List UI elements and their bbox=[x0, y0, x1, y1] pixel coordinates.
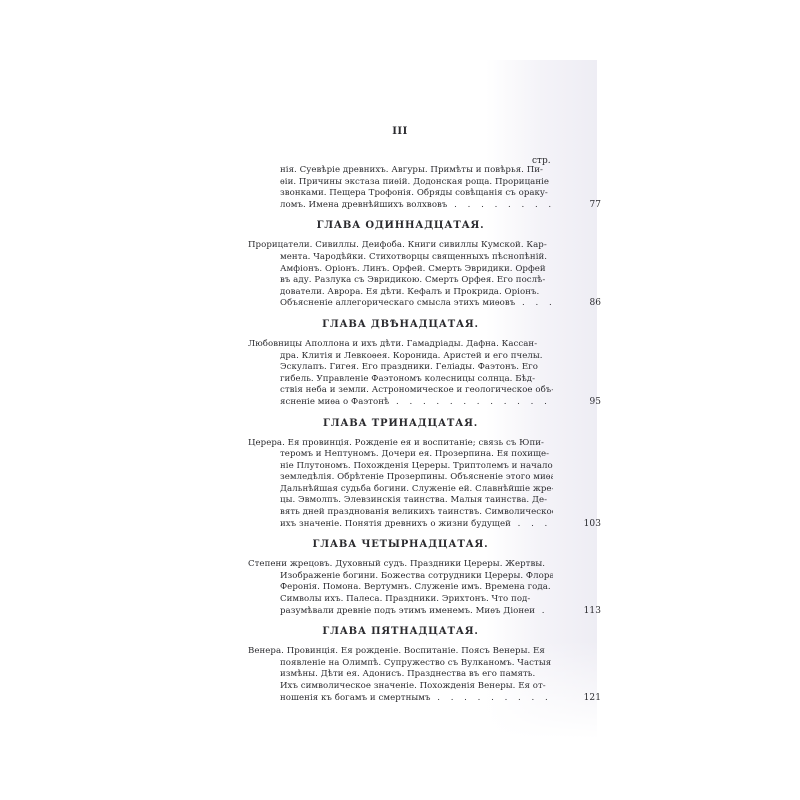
toc-entry: Степени жрецовъ. Духовный судъ. Праздник… bbox=[248, 559, 553, 617]
toc-entry-line: Изображеніе богини. Божества сотрудники … bbox=[280, 571, 553, 583]
leader-dots: . . . . . . . . . . . . bbox=[431, 693, 553, 703]
toc-entry-line: ніе Плутономъ. Похожденія Цереры. Трипто… bbox=[280, 461, 553, 473]
toc-entry-line: теромъ и Нептуномъ. Дочери ея. Прозерпин… bbox=[280, 449, 553, 461]
leader-dots: . . bbox=[535, 606, 553, 616]
toc-entry-line: дра. Клитія и Левкоѳея. Коронида. Аристе… bbox=[280, 351, 553, 363]
leader-dots: . . . . . . . . . . . . . . bbox=[389, 397, 553, 407]
toc-entry-line: въ аду. Разлука съ Эвридикою. Смерть Орф… bbox=[280, 275, 553, 287]
toc-entry-line: Символы ихъ. Палеса. Праздники. Эрихтонъ… bbox=[280, 594, 553, 606]
leader-dots: . . . bbox=[515, 298, 553, 308]
toc-entry-line: Любовницы Аполлона и ихъ дѣти. Гамадріад… bbox=[248, 339, 553, 351]
page-number: 113 bbox=[561, 606, 601, 618]
chapter-heading: ГЛАВА ОДИННАДЦАТАЯ. bbox=[248, 220, 553, 231]
toc-entry-line: ясненіе миѳа о Фаэтонѣ . . . . . . . . .… bbox=[280, 397, 553, 409]
toc-entry-line: появленіе на Олимпѣ. Супружество съ Вулк… bbox=[280, 658, 553, 670]
toc-entry-line: измѣны. Дѣти ея. Адонисъ. Празднества въ… bbox=[280, 669, 553, 681]
toc-entry-line: Феронія. Помона. Вертумнъ. Служеніе имъ.… bbox=[280, 582, 553, 594]
toc-entry-line: Объясненіе аллегорическаго смысла этихъ … bbox=[280, 298, 553, 310]
toc-entry-line: дователи. Аврора. Ея дѣти. Кефалъ и Прок… bbox=[280, 287, 553, 299]
toc-entry: Венера. Провинція. Ея рожденіе. Воспитан… bbox=[248, 646, 553, 704]
leader-dots: . . . . . . . . . bbox=[447, 200, 553, 210]
toc-entry-line: Прорицатели. Сивиллы. Деифоба. Книги сив… bbox=[248, 240, 553, 252]
toc-entry-line: гибель. Управленіе Фаэтономъ колесницы с… bbox=[280, 374, 553, 386]
page-number: 121 bbox=[561, 693, 601, 705]
chapter-heading: ГЛАВА ЧЕТЫРНАДЦАТАЯ. bbox=[248, 539, 553, 550]
toc-entry-line: Ихъ символическое значеніе. Похожденія В… bbox=[280, 681, 553, 693]
toc-entry-line: ихъ значеніе. Понятія древнихъ о жизни б… bbox=[280, 519, 553, 531]
page-number: 86 bbox=[561, 298, 601, 310]
toc-entry-line: Дальнѣйшая судьба богини. Служеніе ей. С… bbox=[280, 484, 553, 496]
chapter-heading: ГЛАВА ДВѢНАДЦАТАЯ. bbox=[248, 319, 553, 330]
toc-entry-line: мента. Чародѣйки. Стихотворцы священныхъ… bbox=[280, 252, 553, 264]
table-of-contents: нія. Суевѣріе древнихъ. Авгуры. Примѣты … bbox=[248, 165, 553, 704]
page-roman-numeral: III bbox=[380, 126, 420, 137]
toc-entry: нія. Суевѣріе древнихъ. Авгуры. Примѣты … bbox=[248, 165, 553, 211]
page-number: 103 bbox=[561, 519, 601, 531]
toc-entry-line: ствія неба и земли. Астрономическое и ге… bbox=[280, 385, 553, 397]
toc-entry-line: нія. Суевѣріе древнихъ. Авгуры. Примѣты … bbox=[280, 165, 553, 177]
toc-entry-line: Венера. Провинція. Ея рожденіе. Воспитан… bbox=[248, 646, 553, 658]
toc-entry-line: цы. Эвмолпъ. Элевзинскія таинства. Малыя… bbox=[280, 495, 553, 507]
page-number: 95 bbox=[561, 397, 601, 409]
toc-entry: Церера. Ея провинція. Рожденіе ея и восп… bbox=[248, 438, 553, 531]
chapter-heading: ГЛАВА ТРИНАДЦАТАЯ. bbox=[248, 418, 553, 429]
toc-entry-line: земледѣлія. Обрѣтеніе Прозерпины. Объясн… bbox=[280, 472, 553, 484]
chapter-heading: ГЛАВА ПЯТНАДЦАТАЯ. bbox=[248, 626, 553, 637]
toc-entry-line: Амфіонъ. Оріонъ. Линъ. Орфей. Смерть Эвр… bbox=[280, 264, 553, 276]
toc-entry-line: разумѣвали древніе подъ этимъ именемъ. М… bbox=[280, 606, 553, 618]
toc-entry-line: Церера. Ея провинція. Рожденіе ея и восп… bbox=[248, 438, 553, 450]
toc-entry-line: звонками. Пещера Трофонія. Обряды совѣща… bbox=[280, 188, 553, 200]
toc-entry-line: Эскулапъ. Гигея. Его праздники. Геліады.… bbox=[280, 362, 553, 374]
toc-entry: Прорицатели. Сивиллы. Деифоба. Книги сив… bbox=[248, 240, 553, 310]
toc-entry-line: вять дней празднованія великихъ таинствъ… bbox=[280, 507, 553, 519]
toc-entry-line: Степени жрецовъ. Духовный судъ. Праздник… bbox=[248, 559, 553, 571]
toc-entry-line: ѳіи. Причины экстаза пиѳій. Додонская ро… bbox=[280, 177, 553, 189]
leader-dots: . . . bbox=[511, 519, 551, 529]
toc-entry-line: ношенія къ богамъ и смертнымъ . . . . . … bbox=[280, 693, 553, 705]
toc-entry: Любовницы Аполлона и ихъ дѣти. Гамадріад… bbox=[248, 339, 553, 409]
page-number: 77 bbox=[561, 200, 601, 212]
toc-entry-line: ломъ. Имена древнѣйшихъ волхвовъ . . . .… bbox=[280, 200, 553, 212]
